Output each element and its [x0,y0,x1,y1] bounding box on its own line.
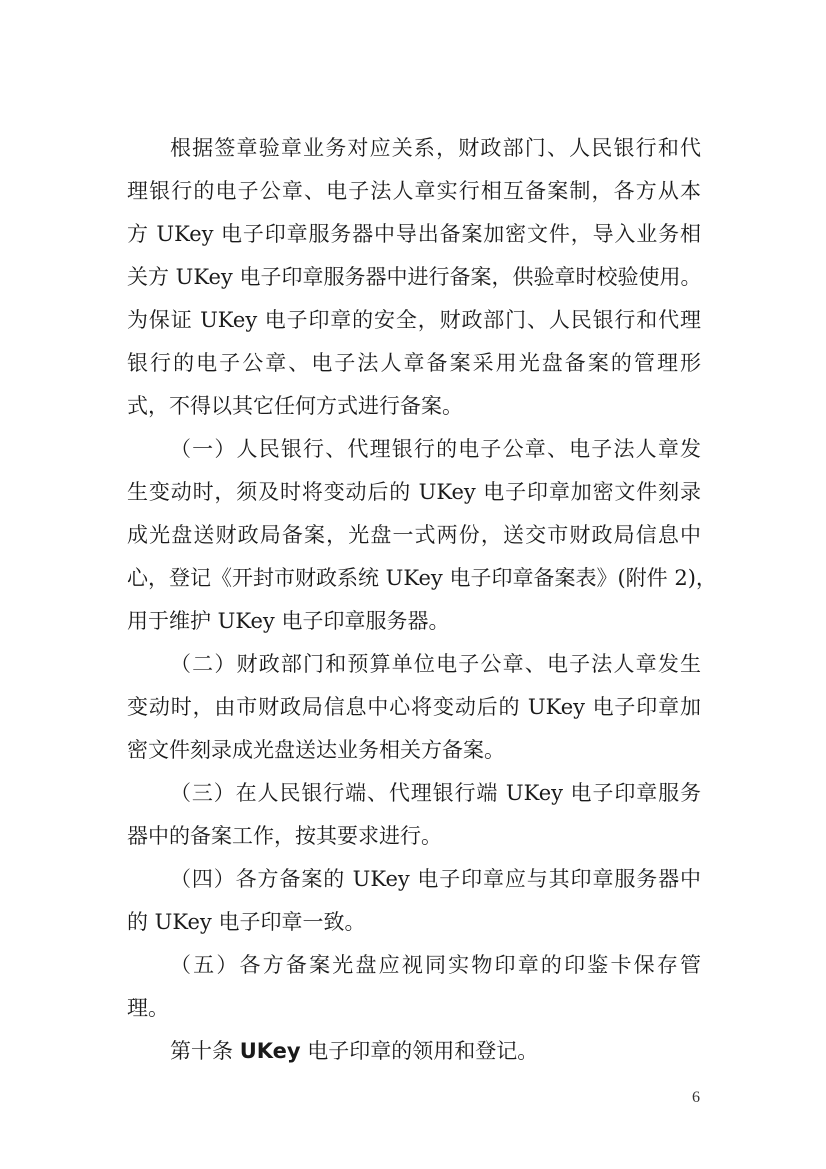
paragraph-5-line-2: 的 UKey 电子印章一致。 [127,907,701,937]
paragraph-6-line-1: （五）各方备案光盘应视同实物印章的印鉴卡保存管 [170,950,701,980]
paragraph-2-line-3: 成光盘送财政局备案，光盘一式两份，送交市财政局信息中 [127,520,701,550]
paragraph-2-line-4: 心，登记《开封市财政系统 UKey 电子印章备案表》(附件 2)， [127,563,701,593]
paragraph-1-line-7: 式，不得以其它任何方式进行备案。 [127,391,701,421]
paragraph-1-line-5: 为保证 UKey 电子印章的安全，财政部门、人民银行和代理 [127,305,701,335]
paragraph-5-line-1: （四）各方备案的 UKey 电子印章应与其印章服务器中 [170,864,701,894]
paragraph-4-line-1: （三）在人民银行端、代理银行端 UKey 电子印章服务 [170,778,701,808]
paragraph-1-line-4: 关方 UKey 电子印章服务器中进行备案，供验章时校验使用。 [127,262,701,292]
paragraph-1-line-6: 银行的电子公章、电子法人章备案采用光盘备案的管理形 [127,348,701,378]
paragraph-2-line-1: （一）人民银行、代理银行的电子公章、电子法人章发 [170,434,701,464]
paragraph-7-line-1 [170,1038,701,1068]
paragraph-1-line-2: 理银行的电子公章、电子法人章实行相互备案制，各方从本 [127,176,701,206]
paragraph-6-line-2: 理。 [127,993,701,1023]
paragraph-3-line-3: 密文件刻录成光盘送达业务相关方备案。 [127,735,701,765]
paragraph-3-line-2: 变动时，由市财政局信息中心将变动后的 UKey 电子印章加 [127,692,701,722]
paragraph-2-line-5: 用于维护 UKey 电子印章服务器。 [127,606,701,636]
paragraph-1-line-1: 根据签章验章业务对应关系，财政部门、人民银行和代 [170,133,701,163]
page-number: 6 [692,1088,700,1108]
paragraph-1-line-3: 方 UKey 电子印章服务器中导出备案加密文件，导入业务相 [127,219,701,249]
document-page: 根据签章验章业务对应关系，财政部门、人民银行和代 理银行的电子公章、电子法人章实… [0,0,826,1169]
paragraph-3-line-1: （二）财政部门和预算单位电子公章、电子法人章发生 [170,649,701,679]
paragraph-4-line-2: 器中的备案工作，按其要求进行。 [127,821,701,851]
paragraph-2-line-2: 生变动时，须及时将变动后的 UKey 电子印章加密文件刻录 [127,477,701,507]
